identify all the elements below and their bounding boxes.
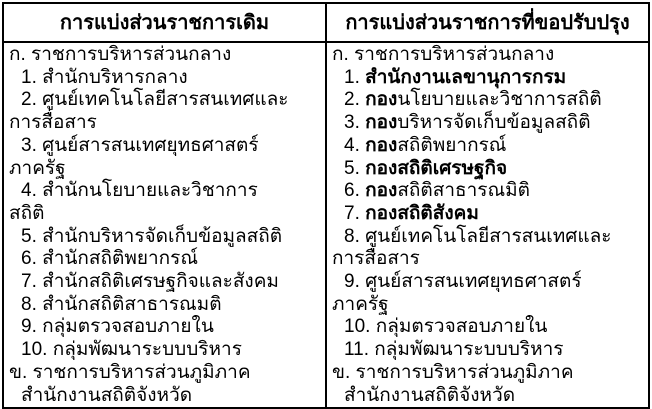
line-segment: 2. <box>344 89 365 110</box>
table-line: 10. กลุ่มพัฒนาระบบบริหาร <box>4 339 325 362</box>
line-segment: 9. กลุ่มตรวจสอบภายใน <box>21 316 214 337</box>
table-line: 4. สำนักนโยบายและวิชาการ <box>4 180 325 203</box>
line-segment: ก. ราชการบริหารส่วนกลาง <box>332 44 554 65</box>
line-segment: 3. ศูนย์สารสนเทศยุทธศาสตร์ <box>21 135 259 156</box>
line-segment: 6. <box>344 180 365 201</box>
line-segment: สำนักงานสถิติจังหวัด <box>344 385 515 406</box>
line-segment: สถิติพยากรณ์ <box>397 135 506 156</box>
table-line: 11. กลุ่มพัฒนาระบบบริหาร <box>327 339 648 362</box>
line-segment: 8. สำนักสถิติสาธารณมติ <box>21 294 222 315</box>
line-segment: ข. ราชการบริหารส่วนภูมิภาค <box>332 362 574 383</box>
line-segment-bold: กอง <box>365 135 397 156</box>
line-segment-bold: สำนักงานเลขานุการกรม <box>365 67 566 88</box>
line-segment: นโยบายและวิชาการสถิติ <box>397 89 601 110</box>
table-line: 5. กองสถิติเศรษฐกิจ <box>327 158 648 181</box>
line-segment: ภาครัฐ <box>9 158 66 179</box>
table-line: 6. สำนักสถิติพยากรณ์ <box>4 248 325 271</box>
line-segment: สำนักงานสถิติจังหวัด <box>21 385 192 406</box>
table-line: 5. สำนักบริหารจัดเก็บข้อมูลสถิติ <box>4 226 325 249</box>
table-line: 10. กลุ่มตรวจสอบภายใน <box>327 316 648 339</box>
table-line: 6. กองสถิติสาธารณมิติ <box>327 180 648 203</box>
line-segment: 6. สำนักสถิติพยากรณ์ <box>21 248 198 269</box>
table-line: 3. ศูนย์สารสนเทศยุทธศาสตร์ <box>4 135 325 158</box>
line-segment: 1. <box>344 67 365 88</box>
line-segment: การสื่อสาร <box>332 248 420 269</box>
line-segment: สถิติสาธารณมิติ <box>397 180 530 201</box>
header-row: การแบ่งส่วนราชการเดิม การแบ่งส่วนราชการท… <box>3 3 649 42</box>
line-segment: 7. <box>344 203 365 224</box>
table-line: 2. กองนโยบายและวิชาการสถิติ <box>327 89 648 112</box>
table-line: 8. ศูนย์เทคโนโลยีสารสนเทศและ <box>327 226 648 249</box>
line-segment: ข. ราชการบริหารส่วนภูมิภาค <box>9 362 251 383</box>
table-line: 1. สำนักงานเลขานุการกรม <box>327 67 648 90</box>
column-header-revised: การแบ่งส่วนราชการที่ขอปรับปรุง <box>326 3 649 42</box>
line-segment: 10. กลุ่มตรวจสอบภายใน <box>344 316 547 337</box>
table-line: การสื่อสาร <box>327 248 648 271</box>
table-line: 9. กลุ่มตรวจสอบภายใน <box>4 316 325 339</box>
line-segment: 3. <box>344 112 365 133</box>
table-line: 1. สำนักบริหารกลาง <box>4 67 325 90</box>
column-header-old: การแบ่งส่วนราชการเดิม <box>3 3 326 42</box>
column-body-revised: ก. ราชการบริหารส่วนกลาง1. สำนักงานเลขานุ… <box>326 42 649 408</box>
line-segment: 4. <box>344 135 365 156</box>
line-segment: บริหารจัดเก็บข้อมูลสถิติ <box>397 112 590 133</box>
table-line: ภาครัฐ <box>327 294 648 317</box>
body-row: ก. ราชการบริหารส่วนกลาง1. สำนักบริหารกลา… <box>3 42 649 408</box>
line-segment-bold: กอง <box>365 180 397 201</box>
org-structure-comparison-table: การแบ่งส่วนราชการเดิม การแบ่งส่วนราชการท… <box>2 2 650 409</box>
table-line: 4. กองสถิติพยากรณ์ <box>327 135 648 158</box>
table-line: 2. ศูนย์เทคโนโลยีสารสนเทศและ <box>4 89 325 112</box>
line-segment: 4. สำนักนโยบายและวิชาการ <box>21 180 258 201</box>
table-line: 7. กองสถิติสังคม <box>327 203 648 226</box>
table-line: 8. สำนักสถิติสาธารณมติ <box>4 294 325 317</box>
table-line: 3. กองบริหารจัดเก็บข้อมูลสถิติ <box>327 112 648 135</box>
table-line: ก. ราชการบริหารส่วนกลาง <box>4 44 325 67</box>
line-segment: 1. สำนักบริหารกลาง <box>21 67 188 88</box>
column-body-old: ก. ราชการบริหารส่วนกลาง1. สำนักบริหารกลา… <box>3 42 326 408</box>
line-segment-bold: กองสถิติเศรษฐกิจ <box>365 158 507 179</box>
table-line: สำนักงานสถิติจังหวัด <box>327 385 648 408</box>
line-segment: 2. ศูนย์เทคโนโลยีสารสนเทศและ <box>21 89 288 110</box>
table-line: ข. ราชการบริหารส่วนภูมิภาค <box>327 362 648 385</box>
table-line: 7. สำนักสถิติเศรษฐกิจและสังคม <box>4 271 325 294</box>
line-segment: 11. กลุ่มพัฒนาระบบบริหาร <box>344 339 564 360</box>
line-segment: 10. กลุ่มพัฒนาระบบบริหาร <box>21 339 242 360</box>
line-segment: ภาครัฐ <box>332 294 389 315</box>
line-segment: สถิติ <box>9 203 44 224</box>
line-segment-bold: กอง <box>365 112 397 133</box>
line-segment-bold: กองสถิติสังคม <box>365 203 479 224</box>
table-line: การสื่อสาร <box>4 112 325 135</box>
line-segment: 5. สำนักบริหารจัดเก็บข้อมูลสถิติ <box>21 226 282 247</box>
line-segment: 8. ศูนย์เทคโนโลยีสารสนเทศและ <box>344 226 611 247</box>
table-line: ภาครัฐ <box>4 158 325 181</box>
table-line: 9. ศูนย์สารสนเทศยุทธศาสตร์ <box>327 271 648 294</box>
line-segment: 7. สำนักสถิติเศรษฐกิจและสังคม <box>21 271 279 292</box>
line-segment: 5. <box>344 158 365 179</box>
table-line: ก. ราชการบริหารส่วนกลาง <box>327 44 648 67</box>
line-segment: 9. ศูนย์สารสนเทศยุทธศาสตร์ <box>344 271 582 292</box>
line-segment: ก. ราชการบริหารส่วนกลาง <box>9 44 231 65</box>
line-segment: การสื่อสาร <box>9 112 97 133</box>
table-line: สถิติ <box>4 203 325 226</box>
table-line: ข. ราชการบริหารส่วนภูมิภาค <box>4 362 325 385</box>
table-line: สำนักงานสถิติจังหวัด <box>4 385 325 408</box>
line-segment-bold: กอง <box>365 89 397 110</box>
